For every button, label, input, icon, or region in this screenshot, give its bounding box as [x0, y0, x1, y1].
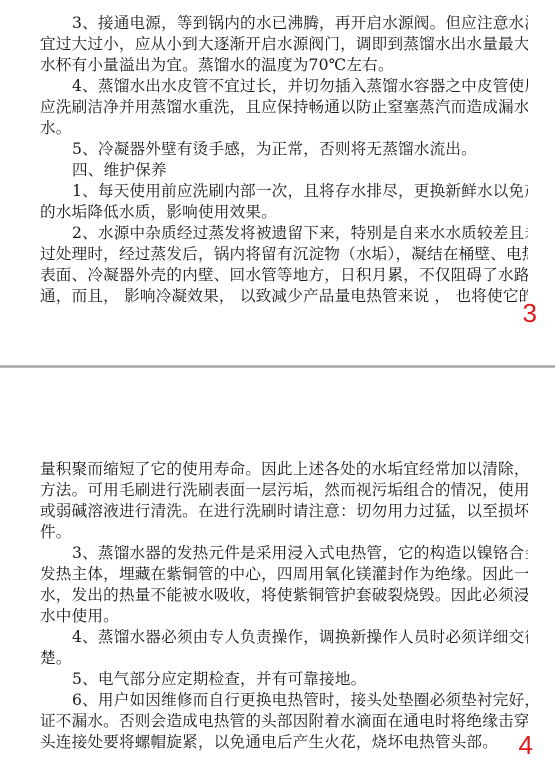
- document-page-3: 3、接通电源，等到锅内的水已沸腾，再开启水源阀。但应注意水流不 宜过大过小，应从…: [0, 0, 555, 365]
- text-line: 1、每天使用前应洗刷内部一次，且将存水排尽，更换新鲜水以免产生: [40, 181, 528, 202]
- page-3-body: 3、接通电源，等到锅内的水已沸腾，再开启水源阀。但应注意水流不 宜过大过小，应从…: [40, 13, 528, 307]
- text-line: 应洗刷洁净并用蒸馏水重洗，且应保持畅通以防止窒塞蒸汽而造成漏水溢: [40, 97, 528, 118]
- text-line: 发热主体，埋藏在紫铜管的中心，四周用氧化镁灌封作为绝缘。因此一旦断: [40, 564, 528, 585]
- text-line: 水中使用。: [40, 606, 528, 627]
- text-line: 2、水源中杂质经过蒸发将被遗留下来，特别是自来水水质较差且未经: [40, 223, 528, 244]
- text-line: 4、蒸馏水器必须由专人负责操作，调换新操作人员时必须详细交待清: [40, 627, 528, 648]
- text-line: 水。: [40, 118, 528, 139]
- page-number: 3: [523, 298, 537, 329]
- page-4-body: 量积聚而缩短了它的使用寿命。因此上述各处的水垢宜经常加以清除，清除 方法。可用毛…: [40, 459, 528, 753]
- text-line: 过处理时，经过蒸发后，锅内将留有沉淀物（水垢），凝结在桶壁、电热管: [40, 244, 528, 265]
- text-line: 或弱碱溶液进行清洗。在进行洗刷时请注意：切勿用力过猛，以至损坏零: [40, 501, 528, 522]
- text-line: 3、蒸馏水器的发热元件是采用浸入式电热管，它的构造以镍铬合金为: [40, 543, 528, 564]
- text-line: 头连接处要将螺帽旋紧，以免通电后产生火花，烧坏电热管头部。: [40, 732, 528, 753]
- text-line: 量积聚而缩短了它的使用寿命。因此上述各处的水垢宜经常加以清除，清除: [40, 459, 528, 480]
- text-line: 表面、冷凝器外壳的内壁、回水管等地方，日积月累，不仅阻碍了水路的畅: [40, 265, 528, 286]
- text-line: 件。: [40, 522, 528, 543]
- document-page-4: 量积聚而缩短了它的使用寿命。因此上述各处的水垢宜经常加以清除，清除 方法。可用毛…: [0, 368, 555, 766]
- text-line: 的水垢降低水质，影响使用效果。: [40, 202, 528, 223]
- text-line: 宜过大过小，应从小到大逐渐开启水源阀门，调即到蒸馏水出水量最大，加: [40, 34, 528, 55]
- text-line: 楚。: [40, 648, 528, 669]
- text-line: 4、蒸馏水出水皮管不宜过长，并切勿插入蒸馏水容器之中皮管使用前: [40, 76, 528, 97]
- text-line: 6、用户如因维修而自行更换电热管时，接头处垫圈必须垫衬完好，保: [40, 690, 528, 711]
- text-line: 水杯有小量溢出为宜。蒸馏水的温度为70℃左右。: [40, 55, 528, 76]
- text-line: 水，发出的热量不能被水吸收，将使紫铜管护套破裂烧毁。因此必须浸没在: [40, 585, 528, 606]
- text-line: 3、接通电源，等到锅内的水已沸腾，再开启水源阀。但应注意水流不: [40, 13, 528, 34]
- text-line: 5、冷凝器外壁有烫手感，为正常，否则将无蒸馏水流出。: [40, 139, 528, 160]
- text-line: 通，而且， 影响冷凝效果， 以致减少产品量电热管来说 ， 也将使它的热: [40, 286, 528, 307]
- section-heading: 四、维护保养: [40, 160, 528, 181]
- page-number: 4: [519, 730, 533, 761]
- text-line: 方法。可用毛刷进行洗刷表面一层污垢，然而视污垢组合的情况，使用弱酸: [40, 480, 528, 501]
- text-line: 证不漏水。否则会造成电热管的头部因附着水滴面在通电时将绝缘击穿各线: [40, 711, 528, 732]
- text-line: 5、电气部分应定期检查，并有可靠接地。: [40, 669, 528, 690]
